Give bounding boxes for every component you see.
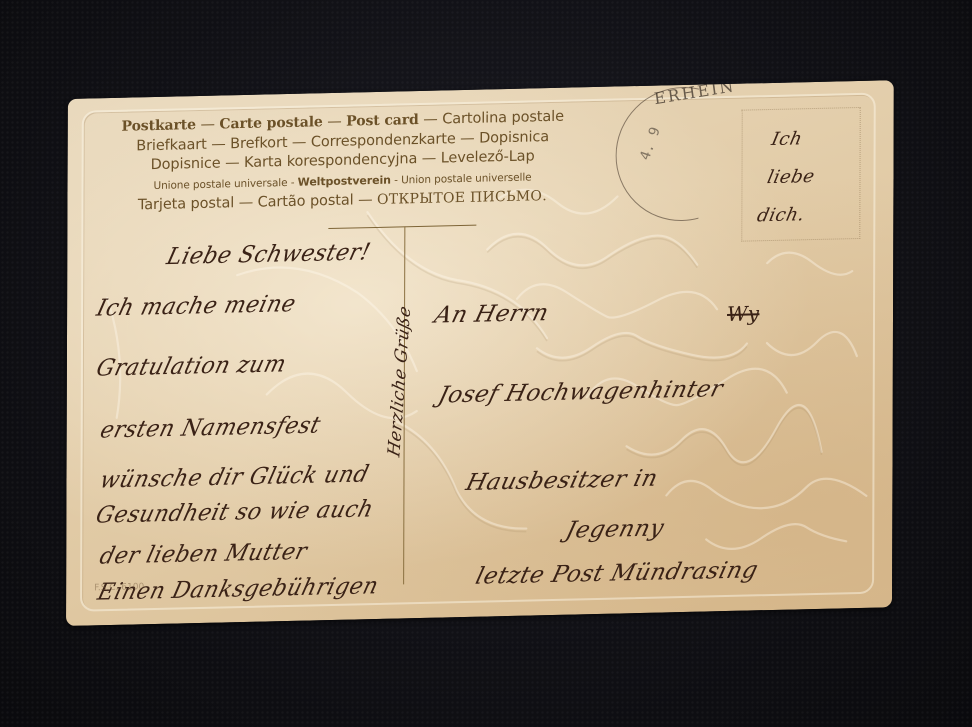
- message-line-2: Gratulation zum: [94, 351, 289, 382]
- print-mark: F.S.C. 6100: [94, 582, 144, 593]
- address-line-4: Jegenny: [563, 515, 667, 543]
- message-line-6: der lieben Mutter: [97, 539, 310, 570]
- address-crossed-out: Wy: [727, 301, 760, 326]
- message-line-1: Ich mache meine: [94, 291, 299, 322]
- postcard: Postkarte — Carte postale — Post card — …: [66, 80, 894, 626]
- address-line-3: Hausbesitzer in: [463, 466, 660, 496]
- address-line-1: An Herrn: [432, 300, 552, 329]
- printed-header: Postkarte — Carte postale — Post card — …: [87, 107, 597, 217]
- message-greeting: Liebe Schwester!: [164, 239, 373, 270]
- message-line-3: ersten Namensfest: [97, 413, 323, 444]
